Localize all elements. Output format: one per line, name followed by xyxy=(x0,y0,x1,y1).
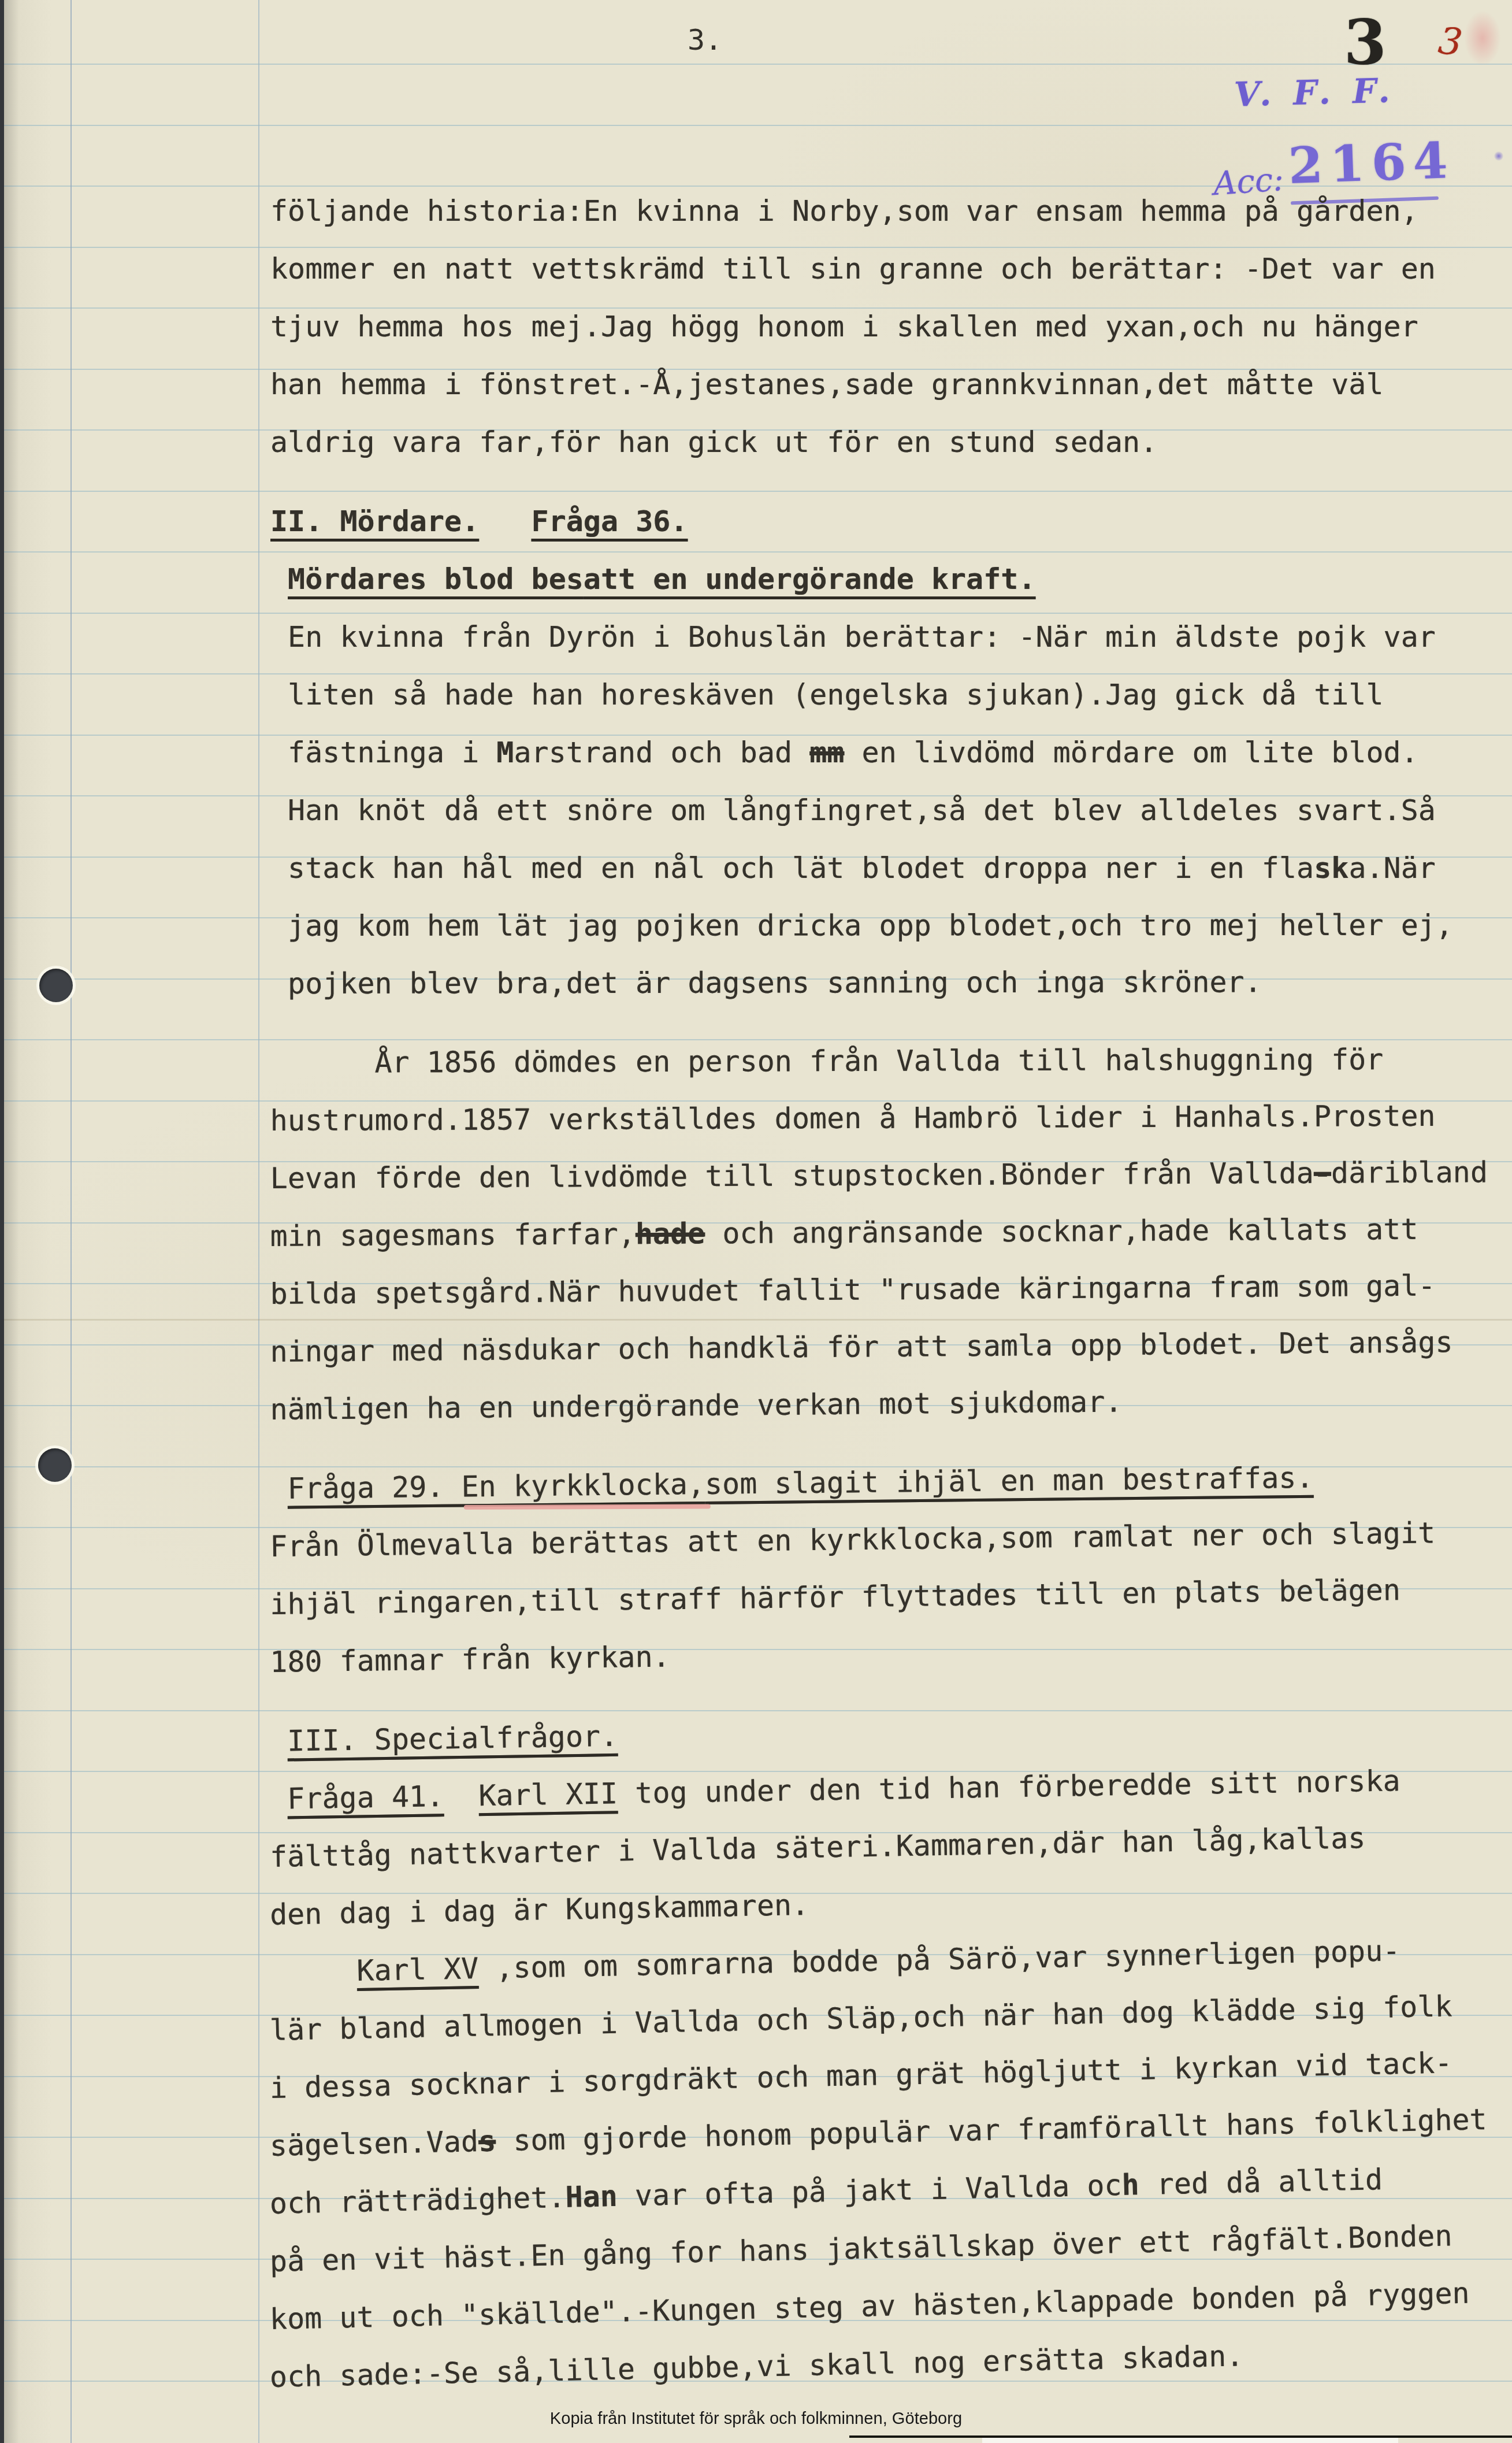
typed-segment: 180 famnar från kyrkan. xyxy=(270,1640,670,1679)
typed-line: Mördares blod besatt en undergörande kra… xyxy=(270,550,1495,608)
typed-line: Han knöt då ett snöre om långfingret,så … xyxy=(270,781,1495,839)
typed-segment-bu: tt en undergörande kraft. xyxy=(601,562,1036,596)
typed-segment-bu: Mördares blod bes xyxy=(288,562,584,596)
ink-speck xyxy=(1494,151,1503,161)
ruled-line xyxy=(0,125,1512,126)
typed-text-block: följande historia:En kvinna i Norby,som … xyxy=(270,182,1495,2406)
typed-line: fästninga i Marstrand och bad mm en livd… xyxy=(270,724,1495,781)
typed-segment: fästninga i xyxy=(270,736,496,769)
typed-segment-ov: mm xyxy=(809,736,844,769)
margin-line-inner xyxy=(258,0,259,2443)
typed-segment xyxy=(270,1472,288,1506)
typed-segment-bd: Han xyxy=(565,2179,618,2214)
typed-segment: Levan förde den livdömde till stupstocke… xyxy=(270,1156,1314,1195)
typed-segment: min sagesmans farfar, xyxy=(270,1217,636,1253)
typed-segment: den dag i dag är Kungskammaren. xyxy=(270,1888,809,1932)
typed-segment: var ofta på jakt i Vallda oc xyxy=(617,2168,1122,2213)
typed-segment: och angränsande socknar,hade kallats att xyxy=(705,1213,1418,1251)
page-number-typed: 3. xyxy=(688,23,722,57)
typed-segment: fälttåg nattkvarter i Vallda säteri.Kamm… xyxy=(270,1821,1366,1874)
typed-line: följande historia:En kvinna i Norby,som … xyxy=(270,182,1495,240)
typed-segment xyxy=(270,1782,288,1816)
typed-segment: han hemma i fönstret.-Å,jestanes,sade gr… xyxy=(270,368,1384,401)
typed-segment-upink: En kyrkklocka, xyxy=(461,1455,705,1515)
typed-segment-bu: Fråga 36. xyxy=(532,505,688,538)
typed-segment: hustrumord.1857 verkställdes domen å Ham… xyxy=(270,1099,1436,1137)
typed-segment-u: III. Specialfrågor. xyxy=(287,1719,618,1758)
typed-segment: En kvinna från Dyrön i Bohuslän berättar… xyxy=(270,620,1436,654)
typed-segment: ningar med näsdukar och handklä för att … xyxy=(270,1325,1452,1369)
margin-line-left xyxy=(70,0,72,2443)
typed-segment: ihjäl ringaren,till straff härför flytta… xyxy=(270,1573,1400,1621)
typed-line: Levan förde den livdömde till stupstocke… xyxy=(270,1143,1495,1207)
typed-segment-u: Karl XV xyxy=(356,1952,479,1988)
typed-line: liten så hade han horeskäven (engelska s… xyxy=(270,666,1495,724)
hole-punch-bottom xyxy=(38,1448,72,1482)
typed-line: jag kom hem lät jag pojken dricka opp bl… xyxy=(270,896,1495,955)
typed-segment: red då alltid xyxy=(1139,2163,1383,2201)
typed-segment: ,som om somrarna bodde på Särö,var synne… xyxy=(478,1934,1400,1985)
typed-line: År 1856 dömdes en person från Vallda til… xyxy=(270,1030,1495,1092)
typed-segment-ov: s xyxy=(478,2124,496,2158)
typed-line: II. Mördare. Fråga 36. xyxy=(270,492,1495,550)
typed-segment-u: som slagit ihjäl en man bestraffas. xyxy=(705,1461,1314,1501)
vff-archive-stamp: V. F. F. xyxy=(1234,71,1395,114)
typed-segment: kommer en natt vettskrämd till sin grann… xyxy=(270,252,1436,286)
typed-segment xyxy=(444,1779,479,1813)
typed-segment xyxy=(270,562,288,596)
typed-segment: tog under den tid han förberedde sitt no… xyxy=(618,1764,1400,1810)
typed-line: nämligen ha en undergörande verkan mot s… xyxy=(270,1369,1495,1439)
typed-segment: däribland xyxy=(1331,1155,1488,1189)
typed-segment-u: Karl XII xyxy=(478,1777,618,1812)
typed-segment xyxy=(479,505,531,538)
typed-segment: som gjorde honom populär var framförallt… xyxy=(496,2103,1488,2157)
typed-segment-bd: h xyxy=(1121,2168,1139,2202)
typed-segment-bd: M xyxy=(496,736,514,769)
typed-segment: a.När xyxy=(1348,851,1436,885)
typed-line: hustrumord.1857 verkställdes domen å Ham… xyxy=(270,1087,1495,1150)
typed-segment: pojken blev bra,det är dagsens sanning o… xyxy=(270,965,1262,1000)
typed-line: bilda spetsgård.När huvudet fallit "rusa… xyxy=(270,1256,1495,1323)
typed-segment: sägelsen.Vad xyxy=(269,2125,478,2163)
typed-segment: bilda spetsgård.När huvudet fallit "rusa… xyxy=(270,1269,1435,1311)
typed-segment: en livdömd mördare om lite blod. xyxy=(844,736,1418,769)
typed-segment-u: Fråga 41. xyxy=(287,1780,444,1815)
typed-segment-bu: II. Mördare. xyxy=(270,505,479,538)
typed-line: han hemma i fönstret.-Å,jestanes,sade gr… xyxy=(270,355,1495,413)
typed-line: aldrig vara far,för han gick ut för en s… xyxy=(270,413,1495,471)
typed-line: pojken blev bra,det är dagsens sanning o… xyxy=(270,953,1495,1013)
hole-punch-top xyxy=(39,969,73,1002)
typed-line: tjuv hemma hos mej.Jag högg honom i skal… xyxy=(270,298,1495,355)
scan-edge-shadow xyxy=(4,0,19,2443)
archive-footer-note: Kopia från Institutet för språk och folk… xyxy=(23,2409,1489,2429)
typed-segment: År 1856 dömdes en person från Vallda til… xyxy=(270,1043,1384,1080)
scan-edge-bottom-sliver xyxy=(982,2438,1398,2443)
typed-line: En kvinna från Dyrön i Bohuslän berättar… xyxy=(270,608,1495,666)
typed-segment: arstrand och bad xyxy=(514,736,809,769)
typed-segment-bu: a xyxy=(584,562,601,596)
typed-line: kommer en natt vettskrämd till sin grann… xyxy=(270,240,1495,298)
typed-segment: följande historia:En kvinna i Norby,som … xyxy=(270,194,1418,228)
typed-segment: nämligen ha en undergörande verkan mot s… xyxy=(270,1385,1123,1426)
typed-segment: liten så hade han horeskäven (engelska s… xyxy=(270,678,1384,711)
typed-segment-ov: - xyxy=(1314,1156,1331,1190)
typed-segment: tjuv hemma hos mej.Jag högg honom i skal… xyxy=(270,310,1418,343)
typed-line: stack han hål med en nål och lät blodet … xyxy=(270,839,1495,897)
typed-segment: Han knöt då ett snöre om långfingret,så … xyxy=(270,794,1436,827)
ink-smudge xyxy=(1464,10,1501,66)
typed-segment: jag kom hem lät jag pojken dricka opp bl… xyxy=(270,909,1453,943)
page-number-stamp: 3 xyxy=(1344,6,1387,78)
scanned-document-page: 3. 3 3 V. F. F. Acc: 2164 följande histo… xyxy=(0,0,1512,2443)
typed-segment xyxy=(269,1954,357,1989)
typed-segment: och rätträdighet. xyxy=(269,2181,566,2220)
typed-segment-bd: sk xyxy=(1314,851,1348,885)
typed-line: min sagesmans farfar,hade och angränsand… xyxy=(270,1200,1495,1265)
typed-segment-u: Fråga 29. xyxy=(287,1470,462,1505)
ruled-line xyxy=(0,64,1512,65)
typed-segment: stack han hål med en nål och lät blodet … xyxy=(270,851,1314,885)
scan-edge-left xyxy=(0,0,4,2443)
typed-segment: och sade:-Se så,lille gubbe,vi skall nog… xyxy=(269,2339,1244,2394)
typed-segment: aldrig vara far,för han gick ut för en s… xyxy=(270,425,1157,459)
typed-segment-ov: hade xyxy=(636,1217,705,1251)
page-number-handwritten: 3 xyxy=(1436,20,1465,65)
typed-segment: Från Ölmevalla berättas att en kyrkklock… xyxy=(270,1516,1435,1563)
typed-segment xyxy=(270,1725,288,1758)
